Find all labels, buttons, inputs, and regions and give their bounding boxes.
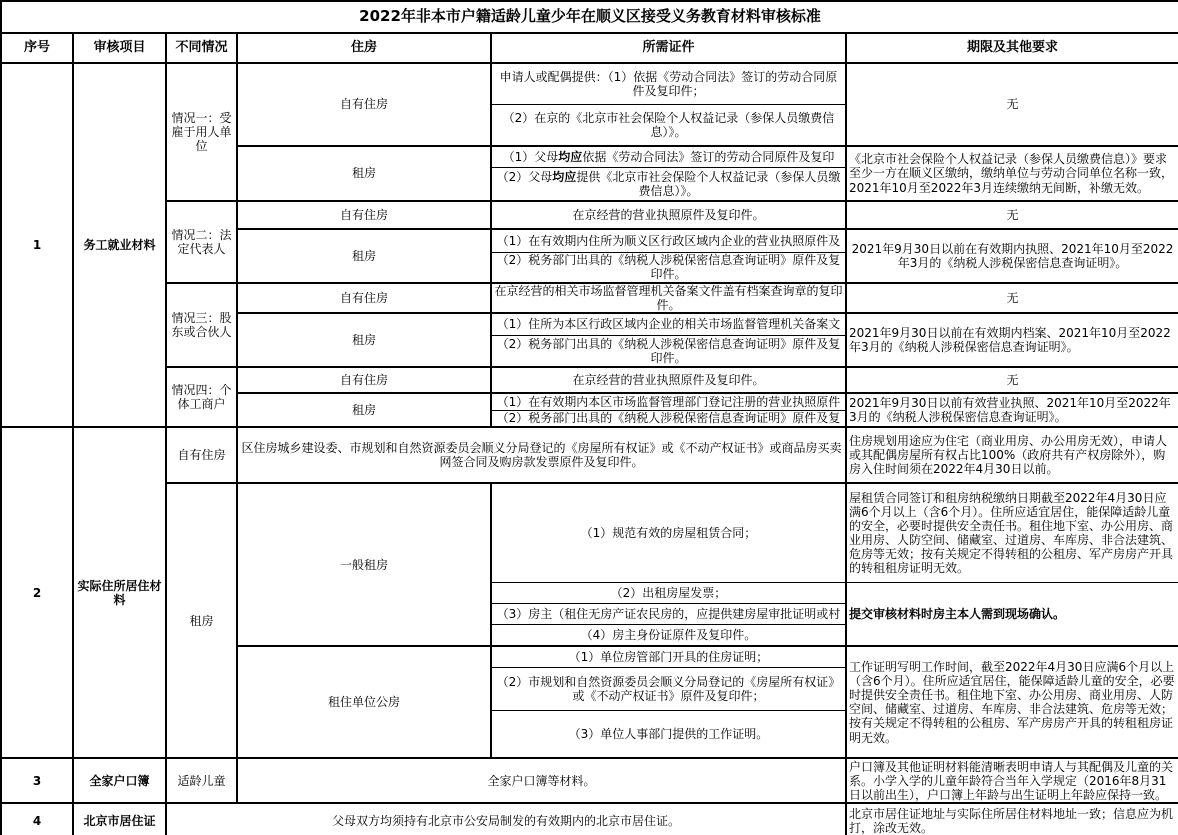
general-rent-doc1: （1）规范有效的房屋租赁合同； [491, 483, 846, 582]
case1-rent-doc2-pre: （2）父母 [497, 170, 553, 184]
case4-rent-doc1: （1）在有效期内本区市场监督管理部门登记注册的营业执照原件 [491, 393, 846, 410]
case2-label: 情况二：法定代表人 [166, 201, 237, 283]
unit-rent-doc1: （1）单位房管部门开具的住房证明； [491, 646, 846, 667]
case2-own-doc: 在京经营的营业执照原件及复印件。 [491, 201, 846, 229]
general-rent-doc4: （4）房主身份证原件及复印件。 [491, 624, 846, 646]
case4-rent-label: 租房 [237, 393, 491, 427]
col-header-documents: 所需证件 [491, 33, 846, 63]
row-no-2: 2 [1, 427, 73, 758]
case4-rent-doc2: （2）税务部门出具的《纳税人涉税保密信息查询证明》原件及复 [491, 410, 846, 427]
case1-rent-label: 租房 [237, 146, 491, 201]
col-header-housing: 住房 [237, 33, 491, 63]
item-household-register: 全家户口簿 [73, 758, 166, 803]
col-header-no: 序号 [1, 33, 73, 63]
col-header-requirements: 期限及其他要求 [846, 33, 1178, 63]
item-employment: 务工就业材料 [73, 63, 166, 427]
household-doc: 全家户口簿等材料。 [237, 758, 846, 803]
permit-req: 北京市居住证地址与实际住所居住材料地址一致；信息应为机打，涂改无效。 [846, 803, 1178, 835]
residence-own-doc: 区住房城乡建设委、市规划和自然资源委员会顺义分局登记的《房屋所有权证》或《不动产… [237, 427, 846, 483]
general-rent-doc3: （3）房主（租住无房产证农民房的，应提供建房屋审批证明或村 [491, 603, 846, 624]
residence-rent-label: 租房 [166, 483, 237, 758]
case3-rent-label: 租房 [237, 313, 491, 367]
case1-rent-doc2-emphasis: 均应 [552, 170, 576, 184]
case2-rent-doc1: （1）在有效期内住所为顺义区行政区域内企业的营业执照原件及 [491, 229, 846, 252]
case3-own-label: 自有住房 [237, 283, 491, 313]
case2-rent-doc2: （2）税务部门出具的《纳税人涉税保密信息查询证明》原件及复印件。 [491, 252, 846, 283]
case3-own-req: 无 [846, 283, 1178, 313]
case1-rent-doc1-pre: （1）父母 [503, 150, 559, 164]
unit-rent-doc2: （2）市规划和自然资源委员会顺义分局登记的《房屋所有权证》或《不动产权证书》原件… [491, 667, 846, 710]
unit-rent-req: 工作证明写明工作时间，截至2022年4月30日应满6个月以上（含6个月）。住所应… [846, 646, 1178, 758]
case4-rent-req: 2021年9月30日以前有效营业执照、2021年10月至2022年3月的《纳税人… [846, 393, 1178, 427]
permit-doc: 父母双方均须持有北京市公安局制发的有效期内的北京市居住证。 [166, 803, 846, 835]
case2-own-req: 无 [846, 201, 1178, 229]
case4-own-req: 无 [846, 367, 1178, 393]
household-situation: 适龄儿童 [166, 758, 237, 803]
general-rent-req: 屋租赁合同签订和租房纳税缴纳日期截至2022年4月30日应满6个月以上（含6个月… [846, 483, 1178, 582]
case1-own-doc1: 申请人或配偶提供：（1）依据《劳动合同法》签订的劳动合同原件及复印件； [491, 63, 846, 104]
case3-rent-doc1: （1）住所为本区行政区域内企业的相关市场监督管理机关备案文 [491, 313, 846, 335]
residence-own-label: 自有住房 [166, 427, 237, 483]
col-header-situation: 不同情况 [166, 33, 237, 63]
item-residence-permit: 北京市居住证 [73, 803, 166, 835]
case2-rent-label: 租房 [237, 229, 491, 283]
row-no-4: 4 [1, 803, 73, 835]
unit-rent-label: 租住单位公房 [237, 646, 491, 758]
col-header-item: 审核项目 [73, 33, 166, 63]
audit-standards-table: 2022年非本市户籍适龄儿童少年在顺义区接受义务教育材料审核标准 序号 审核项目… [0, 0, 1178, 835]
general-rent-label: 一般租房 [237, 483, 491, 646]
page-title: 2022年非本市户籍适龄儿童少年在顺义区接受义务教育材料审核标准 [1, 1, 1178, 33]
case1-rent-doc1-post: 依据《劳动合同法》签订的劳动合同原件及复印 [582, 150, 834, 164]
case1-own-req: 无 [846, 63, 1178, 146]
unit-rent-doc3: （3）单位人事部门提供的工作证明。 [491, 710, 846, 758]
case2-rent-req: 2021年9月30日以前在有效期内执照、2021年10月至2022年3月的《纳税… [846, 229, 1178, 283]
row-no-3: 3 [1, 758, 73, 803]
household-req: 户口簿及其他证明材料能清晰表明申请人与其配偶及儿童的关系。小学入学的儿童年龄符合… [846, 758, 1178, 803]
row-no-1: 1 [1, 63, 73, 427]
residence-own-req: 住房规划用途应为住宅（商业用房、办公用房无效），申请人或其配偶房屋所有权占比10… [846, 427, 1178, 483]
case3-rent-req: 2021年9月30日以前在有效期内档案、2021年10月至2022年3月的《纳税… [846, 313, 1178, 367]
case1-rent-doc2: （2）父母均应提供《北京市社会保险个人权益记录（参保人员缴费信息）》。 [491, 167, 846, 201]
case3-label: 情况三：股东或合伙人 [166, 283, 237, 367]
case1-rent-req: 《北京市社会保险个人权益记录（参保人员缴费信息）》要求至少一方在顺义区缴纳，缴纳… [846, 146, 1178, 201]
case4-own-doc: 在京经营的营业执照原件及复印件。 [491, 367, 846, 393]
case4-label: 情况四：个体工商户 [166, 367, 237, 427]
item-residence: 实际住所居住材料 [73, 427, 166, 758]
case3-own-doc: 在京经营的相关市场监督管理机关备案文件盖有档案查询章的复印件。 [491, 283, 846, 313]
case1-rent-doc2-post: 提供《北京市社会保险个人权益记录（参保人员缴费信息）》。 [576, 170, 840, 198]
case1-rent-doc1: （1）父母均应依据《劳动合同法》签订的劳动合同原件及复印 [491, 146, 846, 167]
case1-own-doc2: （2）在京的《北京市社会保险个人权益记录（参保人员缴费信息）》。 [491, 104, 846, 146]
case3-rent-doc2: （2）税务部门出具的《纳税人涉税保密信息查询证明》原件及复印件。 [491, 335, 846, 367]
case1-rent-doc1-emphasis: 均应 [558, 150, 582, 164]
document-sheet: 2022年非本市户籍适龄儿童少年在顺义区接受义务教育材料审核标准 序号 审核项目… [0, 0, 1178, 835]
case1-own-label: 自有住房 [237, 63, 491, 146]
general-rent-req-confirm: 提交审核材料时房主本人需到现场确认。 [846, 582, 1178, 646]
case4-own-label: 自有住房 [237, 367, 491, 393]
case1-label: 情况一：受雇于用人单位 [166, 63, 237, 201]
general-rent-doc2: （2）出租房屋发票； [491, 582, 846, 603]
case2-own-label: 自有住房 [237, 201, 491, 229]
